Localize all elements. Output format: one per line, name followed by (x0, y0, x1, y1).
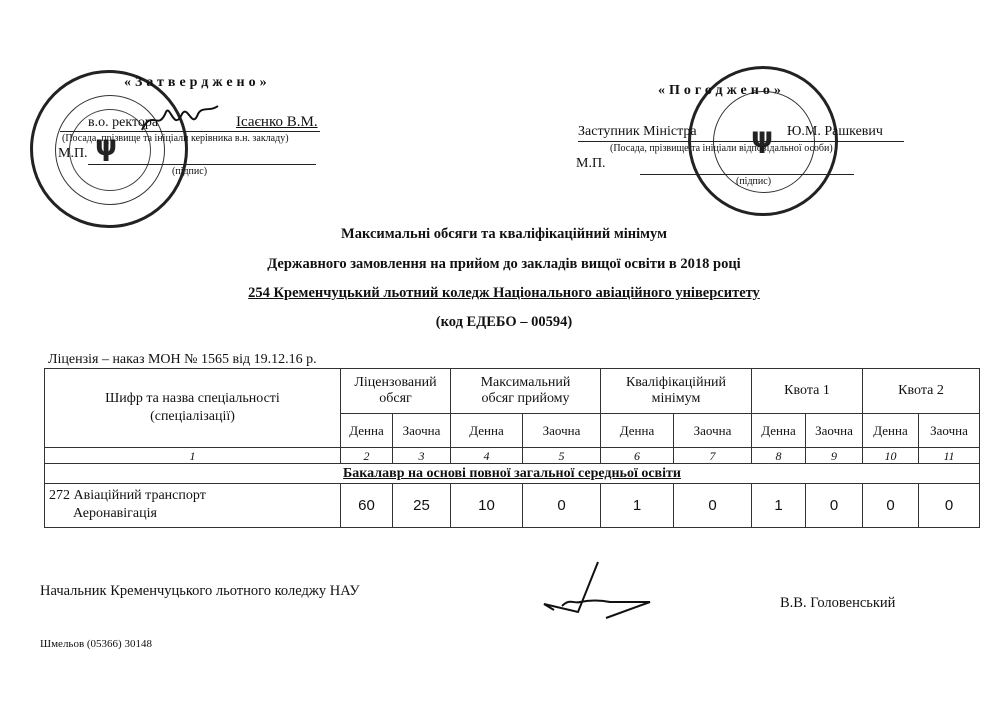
column-number-label: 6 (634, 448, 640, 464)
value-cell: 1 (751, 483, 806, 528)
header-specialty-label: Шифр та назва спеціальності (спеціалізац… (85, 390, 300, 426)
section-row: Бакалавр на основі повної загальної сере… (44, 463, 980, 484)
value-cell: 0 (673, 483, 752, 528)
value: 0 (945, 498, 953, 514)
subheader-label: Денна (873, 423, 907, 439)
value-cell: 0 (862, 483, 919, 528)
subheader-full-time: Денна (751, 413, 806, 448)
column-number: 11 (918, 447, 980, 464)
contact-info: Шмельов (05366) 30148 (40, 638, 152, 650)
subheader-part-time: Заочна (918, 413, 980, 448)
subheader-full-time: Денна (862, 413, 919, 448)
value: 0 (557, 498, 565, 514)
subheader-full-time: Денна (340, 413, 393, 448)
group-qualification-minimum: Кваліфікаційний мінімум (600, 368, 752, 414)
column-number: 9 (805, 447, 863, 464)
signature-line (88, 164, 316, 165)
column-number-label: 4 (484, 448, 490, 464)
stamp-label: М.П. (58, 146, 88, 162)
group-licensed-volume: Ліцензований обсяг (340, 368, 451, 414)
value: 1 (633, 498, 641, 514)
column-number-label: 5 (559, 448, 565, 464)
subheader-full-time: Денна (600, 413, 674, 448)
approver-name: Ісаєнко В.М. (236, 114, 318, 131)
column-number-label: 3 (419, 448, 425, 464)
signature-caption: (підпис) (736, 176, 771, 187)
value-cell: 0 (918, 483, 980, 528)
position-caption: (Посада, прізвище та ініціали керівника … (62, 133, 289, 144)
agreed-heading: «Погоджено» (658, 83, 785, 99)
subheader-part-time: Заочна (522, 413, 601, 448)
official-stamp-left: ψ (30, 70, 188, 228)
subheader-label: Заочна (815, 423, 853, 439)
subheader-full-time: Денна (450, 413, 523, 448)
subheader-part-time: Заочна (392, 413, 451, 448)
position-caption: (Посада, прізвище та ініціали відповідал… (610, 143, 833, 154)
value-cell: 0 (522, 483, 601, 528)
value-cell: 25 (392, 483, 451, 528)
stamp-label: М.П. (576, 156, 606, 172)
approved-heading: «Затверджено» (124, 75, 271, 91)
group-label: Кваліфікаційний мінімум (615, 375, 737, 407)
value: 10 (478, 498, 495, 514)
column-number: 8 (751, 447, 806, 464)
subheader-part-time: Заочна (673, 413, 752, 448)
group-quota-1: Квота 1 (751, 368, 863, 414)
value: 0 (830, 498, 838, 514)
value-cell: 1 (600, 483, 674, 528)
group-label: Ліцензований обсяг (351, 375, 440, 407)
subheader-label: Заочна (694, 423, 732, 439)
group-label: Максимальний обсяг прийому (465, 375, 586, 407)
signature-footer-icon (540, 560, 660, 625)
value: 25 (413, 498, 430, 514)
column-number-label: 11 (943, 448, 954, 464)
section-title: Бакалавр на основі повної загальної сере… (343, 466, 681, 482)
subheader-label: Денна (761, 423, 795, 439)
institution-name: 254 Кременчуцький льотний коледж Націона… (0, 285, 1008, 302)
value-cell: 60 (340, 483, 393, 528)
column-number: 6 (600, 447, 674, 464)
specialization-name: Аеронавігація (49, 505, 157, 523)
license-info: Ліцензія – наказ МОН № 1565 від 19.12.16… (48, 352, 317, 368)
value: 60 (358, 498, 375, 514)
column-number-label: 2 (364, 448, 370, 464)
signature-caption: (підпис) (172, 166, 207, 177)
subheader-label: Заочна (403, 423, 441, 439)
group-quota-2: Квота 2 (862, 368, 980, 414)
column-number-label: 7 (710, 448, 716, 464)
subheader-label: Заочна (930, 423, 968, 439)
column-number: 1 (44, 447, 341, 464)
signature-line (640, 174, 854, 175)
signer-name: В.В. Головенський (780, 595, 895, 612)
position-underline (578, 141, 904, 142)
column-number: 5 (522, 447, 601, 464)
specialty-cell: 272 Авіаційний транспорт Аеронавігація (44, 483, 341, 528)
column-number-label: 1 (190, 448, 196, 464)
subheader-label: Денна (620, 423, 654, 439)
subheader-label: Денна (469, 423, 503, 439)
column-number: 3 (392, 447, 451, 464)
group-label: Квота 1 (784, 383, 830, 399)
document-title-line2: Державного замовлення на прийом до закла… (0, 256, 1008, 273)
group-max-admission: Максимальний обсяг прийому (450, 368, 601, 414)
subheader-label: Заочна (543, 423, 581, 439)
column-number-label: 8 (776, 448, 782, 464)
value: 1 (774, 498, 782, 514)
value-cell: 10 (450, 483, 523, 528)
column-number-label: 9 (831, 448, 837, 464)
value: 0 (708, 498, 716, 514)
column-number-label: 10 (885, 448, 897, 464)
subheader-label: Денна (349, 423, 383, 439)
column-number: 10 (862, 447, 919, 464)
group-label: Квота 2 (898, 383, 944, 399)
edebo-code: (код ЕДЕБО – 00594) (0, 314, 1008, 331)
value: 0 (886, 498, 894, 514)
header-specialty: Шифр та назва спеціальності (спеціалізац… (44, 368, 341, 448)
value-cell: 0 (805, 483, 863, 528)
subheader-part-time: Заочна (805, 413, 863, 448)
agreer-position: Заступник Міністра (578, 124, 697, 140)
column-number: 7 (673, 447, 752, 464)
position-underline (60, 131, 320, 132)
column-number: 2 (340, 447, 393, 464)
specialty-code-name: 272 Авіаційний транспорт (49, 487, 206, 505)
column-number: 4 (450, 447, 523, 464)
agreer-name: Ю.М. Рашкевич (787, 124, 883, 140)
signer-position: Начальник Кременчуцького льотного коледж… (40, 583, 360, 600)
document-title-line1: Максимальні обсяги та кваліфікаційний мі… (0, 226, 1008, 243)
